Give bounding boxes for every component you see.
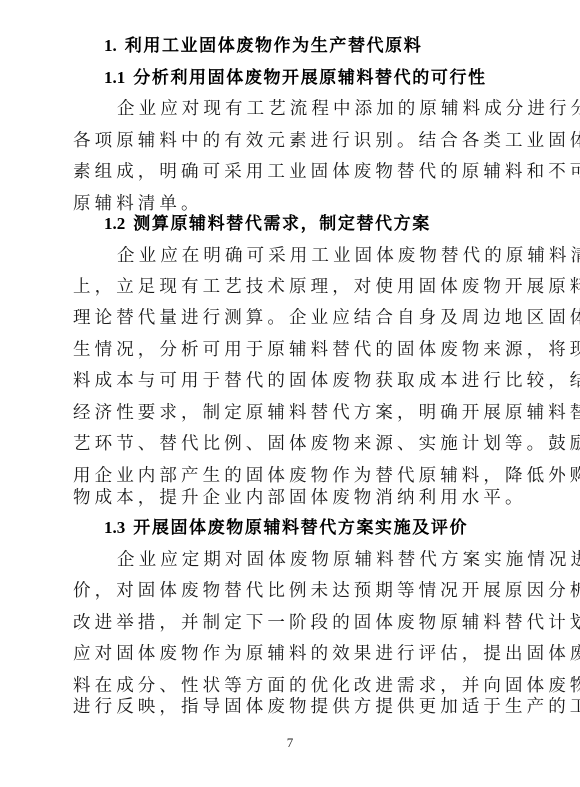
paragraph-line: 上，立足现有工艺技术原理，对使用固体废物开展原料替代的: [73, 276, 513, 298]
paragraph-line: 改进举措，并制定下一阶段的固体废物原辅料替代计划。企业: [73, 612, 513, 634]
paragraph-line: 企业应定期对固体废物原辅料替代方案实施情况进行评: [117, 549, 557, 571]
paragraph-line: 物成本，提升企业内部固体废物消纳利用水平。: [73, 487, 513, 509]
document-page: 1.利用工业固体废物作为生产替代原料 1.1分析利用固体废物开展原辅料替代的可行…: [0, 0, 580, 787]
section-number: 1.3: [104, 518, 125, 537]
section-title: 开展固体废物原辅料替代方案实施及评价: [133, 518, 468, 538]
paragraph-line: 价，对固体废物替代比例未达预期等情况开展原因分析，提出: [73, 580, 513, 602]
section-number: 1.2: [104, 214, 125, 233]
paragraph-line: 企业应在明确可采用工业固体废物替代的原辅料清单基础: [117, 245, 557, 267]
paragraph-line: 理论替代量进行测算。企业应结合自身及周边地区固体废物产: [73, 307, 513, 329]
paragraph-line: 进行反映，指导固体废物提供方提供更加适于生产的工业固体: [73, 696, 513, 718]
section-title: 测算原辅料替代需求，制定替代方案: [133, 214, 431, 234]
paragraph-line: 各项原辅料中的有效元素进行识别。结合各类工业固体废物元: [73, 130, 513, 152]
section-title: 分析利用固体废物开展原辅料替代的可行性: [133, 68, 486, 88]
paragraph-line: 素组成，明确可采用工业固体废物替代的原辅料和不可替代的: [73, 161, 513, 183]
paragraph-line: 用企业内部产生的固体废物作为替代原辅料，降低外购固体废: [73, 465, 513, 487]
paragraph-line: 经济性要求，制定原辅料替代方案，明确开展原辅料替代的工: [73, 402, 513, 424]
paragraph-line: 料在成分、性状等方面的优化改进需求，并向固体废物提供方: [73, 675, 513, 697]
paragraph-line: 艺环节、替代比例、固体废物来源、实施计划等。鼓励优先采: [73, 433, 513, 455]
section-title: 利用工业固体废物作为生产替代原料: [125, 36, 423, 56]
paragraph-line: 料成本与可用于替代的固体废物获取成本进行比较，结合生产: [73, 370, 513, 392]
section-number: 1.1: [104, 68, 125, 87]
section-number: 1.: [104, 36, 117, 55]
paragraph-line: 原辅料清单。: [73, 193, 513, 215]
paragraph-line: 企业应对现有工艺流程中添加的原辅料成分进行分析，对: [117, 98, 557, 120]
page-number: 7: [0, 735, 580, 751]
section-heading-1-1: 1.1分析利用固体废物开展原辅料替代的可行性: [104, 67, 487, 89]
section-heading-1-2: 1.2测算原辅料替代需求，制定替代方案: [104, 213, 431, 235]
paragraph-line: 应对固体废物作为原辅料的效果进行评估，提出固体废物原辅: [73, 643, 513, 665]
paragraph-line: 生情况，分析可用于原辅料替代的固体废物来源，将现有原辅: [73, 339, 513, 361]
section-heading-1-3: 1.3开展固体废物原辅料替代方案实施及评价: [104, 517, 468, 539]
section-heading-1: 1.利用工业固体废物作为生产替代原料: [104, 35, 422, 57]
